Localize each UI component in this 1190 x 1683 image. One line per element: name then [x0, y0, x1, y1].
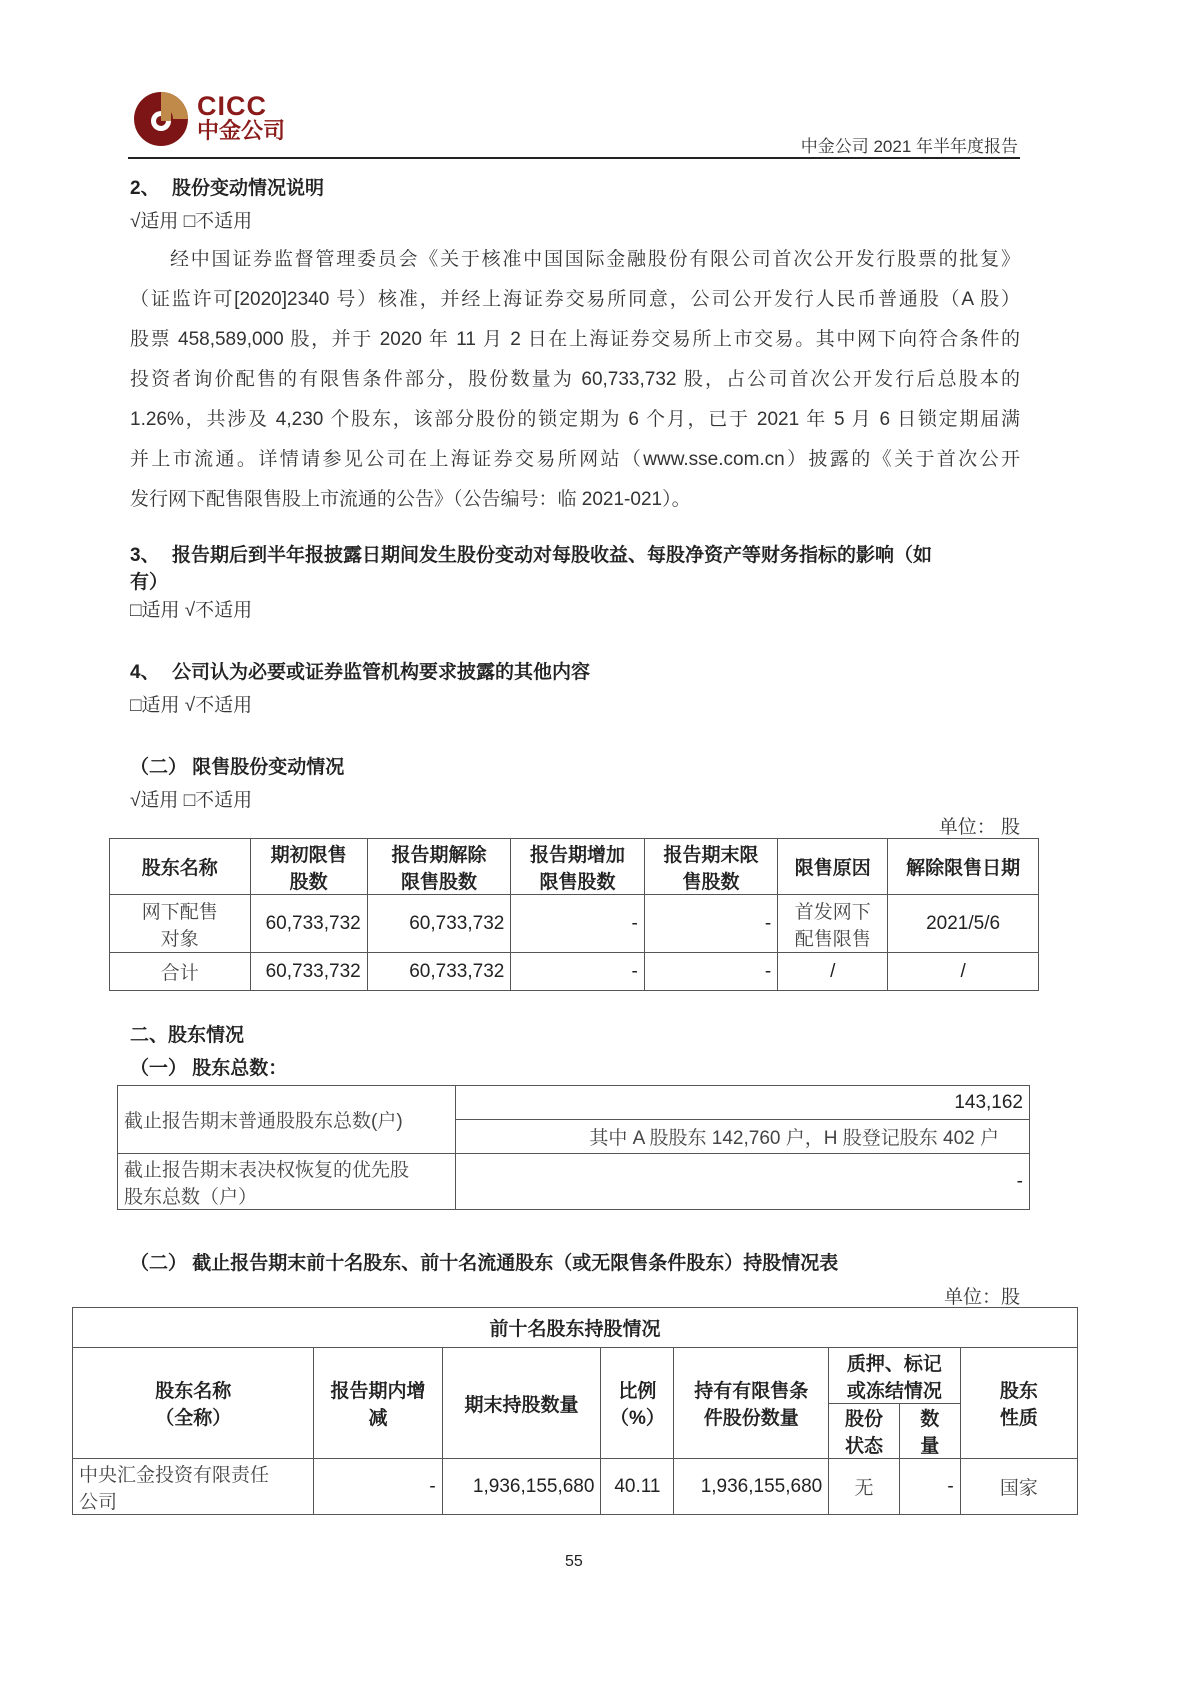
col-header-restricted: 持有有限售条件股份数量: [674, 1348, 829, 1459]
top10-shareholders-table: 前十名股东持股情况 股东名称（全称） 报告期内增减 期末持股数量 比例（%） 持…: [72, 1307, 1078, 1515]
table-caption: 前十名股东持股情况: [73, 1308, 1078, 1348]
cell-nature: 国家: [960, 1459, 1077, 1515]
cell-ending: -: [644, 895, 777, 953]
table-row: 网下配售对象 60,733,732 60,733,732 - - 首发网下配售限…: [110, 895, 1039, 953]
cell-release-date: 2021/5/6: [888, 895, 1039, 953]
table-header-row: 股东名称 期初限售股数 报告期解除限售股数 报告期增加限售股数 报告期末限售股数…: [110, 839, 1039, 895]
cell-initial: 60,733,732: [250, 895, 367, 953]
cell-initial: 60,733,732: [250, 953, 367, 991]
restricted-shares-applicability: √适用 □不适用: [130, 785, 252, 812]
cicc-logo-icon: [133, 91, 189, 147]
cell-reason: 首发网下配售限售: [778, 895, 888, 953]
col-header-initial: 期初限售股数: [250, 839, 367, 895]
restricted-shares-table: 股东名称 期初限售股数 报告期解除限售股数 报告期增加限售股数 报告期末限售股数…: [109, 838, 1039, 991]
page-number: 55: [565, 1553, 583, 1571]
section-4-applicability: □适用 √不适用: [130, 690, 252, 717]
shareholder-count-table: 截止报告期末普通股股东总数(户) 143,162 其中 A 股股东 142,76…: [117, 1085, 1030, 1210]
cell-added: -: [511, 953, 644, 991]
col-header-ending: 报告期末限售股数: [644, 839, 777, 895]
document-title: 中金公司 2021 年半年度报告: [801, 132, 1018, 157]
col-header-released: 报告期解除限售股数: [367, 839, 511, 895]
cell-released: 60,733,732: [367, 953, 511, 991]
section-2-paragraph: 经中国证券监督管理委员会《关于核准中国国际金融股份有限公司首次公开发行股票的批复…: [130, 244, 1020, 524]
paragraph-line: 投资者询价配售的有限售条件部分，股份数量为 60,733,732 股，占公司首次…: [130, 364, 1020, 391]
col-header-name: 股东名称: [110, 839, 251, 895]
col-header-held: 期末持股数量: [442, 1348, 601, 1459]
col-header-pledge: 质押、标记或冻结情况: [829, 1348, 960, 1404]
cell-pledge-status: 无: [829, 1459, 900, 1515]
col-header-release-date: 解除限售日期: [888, 839, 1039, 895]
cell-change: -: [314, 1459, 442, 1515]
cell-added: -: [511, 895, 644, 953]
total-shareholders-breakdown: 其中 A 股股东 142,760 户，H 股登记股东 402 户: [456, 1120, 1030, 1154]
total-shareholders-value: 143,162: [456, 1086, 1030, 1120]
cicc-logo: CICC 中金公司: [133, 91, 293, 151]
table-row-total: 合计 60,733,732 60,733,732 - - / /: [110, 953, 1039, 991]
section-3-title-line2: 有）: [130, 567, 1020, 594]
header-divider: [128, 157, 1020, 159]
restricted-shares-heading: （二） 限售股份变动情况: [130, 752, 344, 779]
table-header-row: 股东名称（全称） 报告期内增减 期末持股数量 比例（%） 持有有限售条件股份数量…: [73, 1348, 1078, 1404]
cell-pledge-qty: -: [899, 1459, 960, 1515]
table-row: 中央汇金投资有限责任公司 - 1,936,155,680 40.11 1,936…: [73, 1459, 1078, 1515]
section-3-title-line1: 报告期后到半年报披露日期间发生股份变动对每股收益、每股净资产等财务指标的影响（如: [172, 545, 932, 566]
cell-restricted: 1,936,155,680: [674, 1459, 829, 1515]
section-3-number: 3、: [130, 540, 172, 567]
table-row: 截止报告期末表决权恢复的优先股股东总数（户） -: [118, 1154, 1030, 1210]
paragraph-line: 并上市流通。详情请参见公司在上海证券交易所网站（www.sse.com.cn）披…: [130, 444, 1020, 471]
col-header-reason: 限售原因: [778, 839, 888, 895]
shareholder-count-heading: （一） 股东总数：: [130, 1053, 287, 1080]
top10-unit-label: 单位：股: [944, 1282, 1020, 1309]
restricted-unit-label: 单位： 股: [939, 812, 1020, 839]
cell-reason: /: [778, 953, 888, 991]
col-header-change: 报告期内增减: [314, 1348, 442, 1459]
table-row: 截止报告期末普通股股东总数(户) 143,162: [118, 1086, 1030, 1120]
cell-ending: -: [644, 953, 777, 991]
paragraph-line: 发行网下配售限售股上市流通的公告》（公告编号：临 2021-021）。: [130, 484, 1020, 511]
section-2-applicability: √适用 □不适用: [130, 206, 252, 233]
shareholders-section-heading: 二、股东情况: [130, 1020, 244, 1047]
col-header-pct: 比例（%）: [601, 1348, 674, 1459]
cell-pct: 40.11: [601, 1459, 674, 1515]
section-3-applicability: □适用 √不适用: [130, 595, 252, 622]
col-header-pledge-qty: 数量: [899, 1404, 960, 1459]
table-caption-row: 前十名股东持股情况: [73, 1308, 1078, 1348]
section-2-number: 2、: [130, 173, 172, 200]
cell-released: 60,733,732: [367, 895, 511, 953]
section-4-heading: 4、公司认为必要或证券监管机构要求披露的其他内容: [130, 657, 590, 684]
section-2-heading: 2、股份变动情况说明: [130, 173, 324, 200]
section-4-number: 4、: [130, 657, 172, 684]
paragraph-line: 1.26%，共涉及 4,230 个股东，该部分股份的锁定期为 6 个月，已于 2…: [130, 404, 1020, 431]
preferred-shareholders-value: -: [456, 1154, 1030, 1210]
col-header-added: 报告期增加限售股数: [511, 839, 644, 895]
cell-release-date: /: [888, 953, 1039, 991]
top10-heading: （二） 截止报告期末前十名股东、前十名流通股东（或无限售条件股东）持股情况表: [130, 1248, 838, 1275]
section-4-title: 公司认为必要或证券监管机构要求披露的其他内容: [172, 662, 590, 683]
cell-name: 合计: [110, 953, 251, 991]
logo-text-cn: 中金公司: [197, 119, 285, 143]
section-2-title: 股份变动情况说明: [172, 178, 324, 199]
col-header-pledge-status: 股份状态: [829, 1404, 900, 1459]
logo-text-en: CICC: [197, 93, 267, 120]
cell-held: 1,936,155,680: [442, 1459, 601, 1515]
total-shareholders-label: 截止报告期末普通股股东总数(户): [118, 1086, 456, 1154]
cell-name: 网下配售对象: [110, 895, 251, 953]
section-3-heading: 3、报告期后到半年报披露日期间发生股份变动对每股收益、每股净资产等财务指标的影响…: [130, 540, 1020, 594]
preferred-shareholders-label: 截止报告期末表决权恢复的优先股股东总数（户）: [118, 1154, 456, 1210]
col-header-nature: 股东性质: [960, 1348, 1077, 1459]
cell-shareholder-name: 中央汇金投资有限责任公司: [73, 1459, 314, 1515]
col-header-name: 股东名称（全称）: [73, 1348, 314, 1459]
paragraph-line: 股票 458,589,000 股，并于 2020 年 11 月 2 日在上海证券…: [130, 324, 1020, 351]
paragraph-line: （证监许可[2020]2340 号）核准，并经上海证券交易所同意，公司公开发行人…: [130, 284, 1020, 311]
paragraph-line: 经中国证券监督管理委员会《关于核准中国国际金融股份有限公司首次公开发行股票的批复…: [170, 244, 1020, 271]
